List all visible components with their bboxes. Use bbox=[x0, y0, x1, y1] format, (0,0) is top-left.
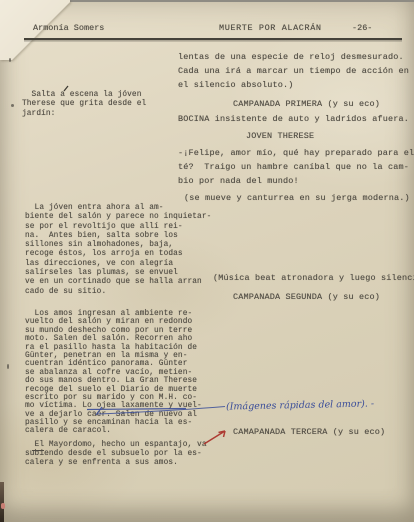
header-rule bbox=[24, 38, 402, 40]
sound-cue-campanada-tercera: CAMAPANADA TERCERA (y su eco) bbox=[233, 427, 385, 437]
margin-mark bbox=[7, 364, 9, 369]
page-number: -26- bbox=[352, 23, 372, 33]
text-line: calera de caracol. bbox=[25, 427, 202, 435]
text-line: -¡Felipe, amor mío, qué hay preparado pa… bbox=[178, 146, 414, 160]
text-line: na. Antes bien, salta sobre los bbox=[25, 232, 211, 241]
text-line: El Mayordomo, hecho un espantajo, va bbox=[25, 441, 207, 450]
scan-edge-shadow bbox=[0, 482, 4, 522]
text-line: se abalanza al cofre vacío, metien- bbox=[25, 369, 202, 377]
paper-speck bbox=[1, 503, 5, 509]
text-line: té? Traigo un hambre caníbal que no la c… bbox=[178, 160, 414, 174]
typed-underline bbox=[32, 450, 44, 451]
margin-mark bbox=[9, 58, 11, 62]
margin-mark bbox=[11, 104, 14, 107]
text-line: recoge éstos, los arroja en todas bbox=[25, 250, 211, 259]
stage-direction-mayordomo: El Mayordomo, hecho un espantajo, vasubi… bbox=[25, 441, 207, 468]
text-line: bio por nada del mundo! bbox=[178, 174, 414, 188]
sound-cue-musica: (Música beat atronadora y luego silencio… bbox=[213, 273, 414, 283]
continuation-note: lentas de una especie de reloj desmesura… bbox=[178, 50, 409, 92]
character-name: JOVEN THERESE bbox=[246, 131, 314, 141]
page-author: Armonía Somers bbox=[33, 23, 104, 33]
sound-cue-campanada-primera: CAMPANADA PRIMERA (y su eco) bbox=[233, 99, 380, 109]
text-line: vuelto del salón y miran en redondo bbox=[25, 318, 202, 326]
sound-cue-bocina: BOCINA insistente de auto y ladridos afu… bbox=[178, 114, 409, 124]
text-line: las direcciones, ve con alegría bbox=[25, 260, 211, 269]
text-line: Therese que grita desde el bbox=[22, 100, 146, 109]
text-line: su mundo deshecho como por un terre bbox=[25, 327, 202, 335]
document-title: MUERTE POR ALACRÁN bbox=[219, 23, 322, 33]
text-line: Salta a escena la jóven bbox=[22, 91, 146, 100]
text-line: cado de su sitio. bbox=[25, 288, 211, 297]
text-line: cuentran idéntico panorama. Günter bbox=[25, 360, 202, 368]
text-line: biente del salón y parece no inquietar- bbox=[25, 213, 211, 222]
text-line: recoge del suelo el Diario de muerte bbox=[25, 386, 202, 394]
text-line: lentas de una especie de reloj desmesura… bbox=[178, 50, 409, 64]
text-line: subiendo desde el subsuelo por la es- bbox=[25, 450, 207, 459]
text-line: el silencio absoluto.) bbox=[178, 78, 409, 92]
text-line: calera y se enfrenta a sus amos. bbox=[25, 459, 207, 468]
text-line: jardín: bbox=[22, 110, 146, 119]
sound-cue-campanada-segunda: CAMPANADA SEGUNDA (y su eco) bbox=[233, 292, 380, 302]
stage-note-intro: Salta a escena la jóvenTherese que grita… bbox=[22, 91, 146, 119]
text-line: do sus manos dentro. La Gran Therese bbox=[25, 377, 202, 385]
stage-cue-jerga: (se mueve y canturrea en su jerga modern… bbox=[184, 193, 410, 203]
text-line: Cada una irá a marcar un tiempo de acció… bbox=[178, 64, 409, 78]
text-line: ra el pasillo hasta la habitación de bbox=[25, 344, 202, 352]
text-line: moto. Salen del salón. Recorren aho bbox=[25, 335, 202, 343]
scanned-typescript-page: Armonía Somers MUERTE POR ALACRÁN -26- S… bbox=[0, 0, 414, 522]
text-line: salírseles las plumas, se envuel bbox=[25, 269, 211, 278]
text-line: La jóven entra ahora al am- bbox=[25, 204, 211, 213]
stage-direction-therese: La jóven entra ahora al am-biente del sa… bbox=[25, 204, 211, 297]
dialogue-therese: -¡Felipe, amor mío, qué hay preparado pa… bbox=[178, 146, 414, 188]
stage-direction-amos: Los amos ingresan al ambiente re-vuelto … bbox=[25, 310, 202, 436]
text-line: ve a dejarlo caer. Salen de nuevo al bbox=[25, 411, 202, 419]
text-line: mo víctima. Lo ojea laxamente y vuel- bbox=[25, 402, 202, 410]
text-line: se por el revoltijo que allí rei- bbox=[25, 223, 211, 232]
text-line: ve en un cortinado que se halla arran bbox=[25, 278, 211, 287]
